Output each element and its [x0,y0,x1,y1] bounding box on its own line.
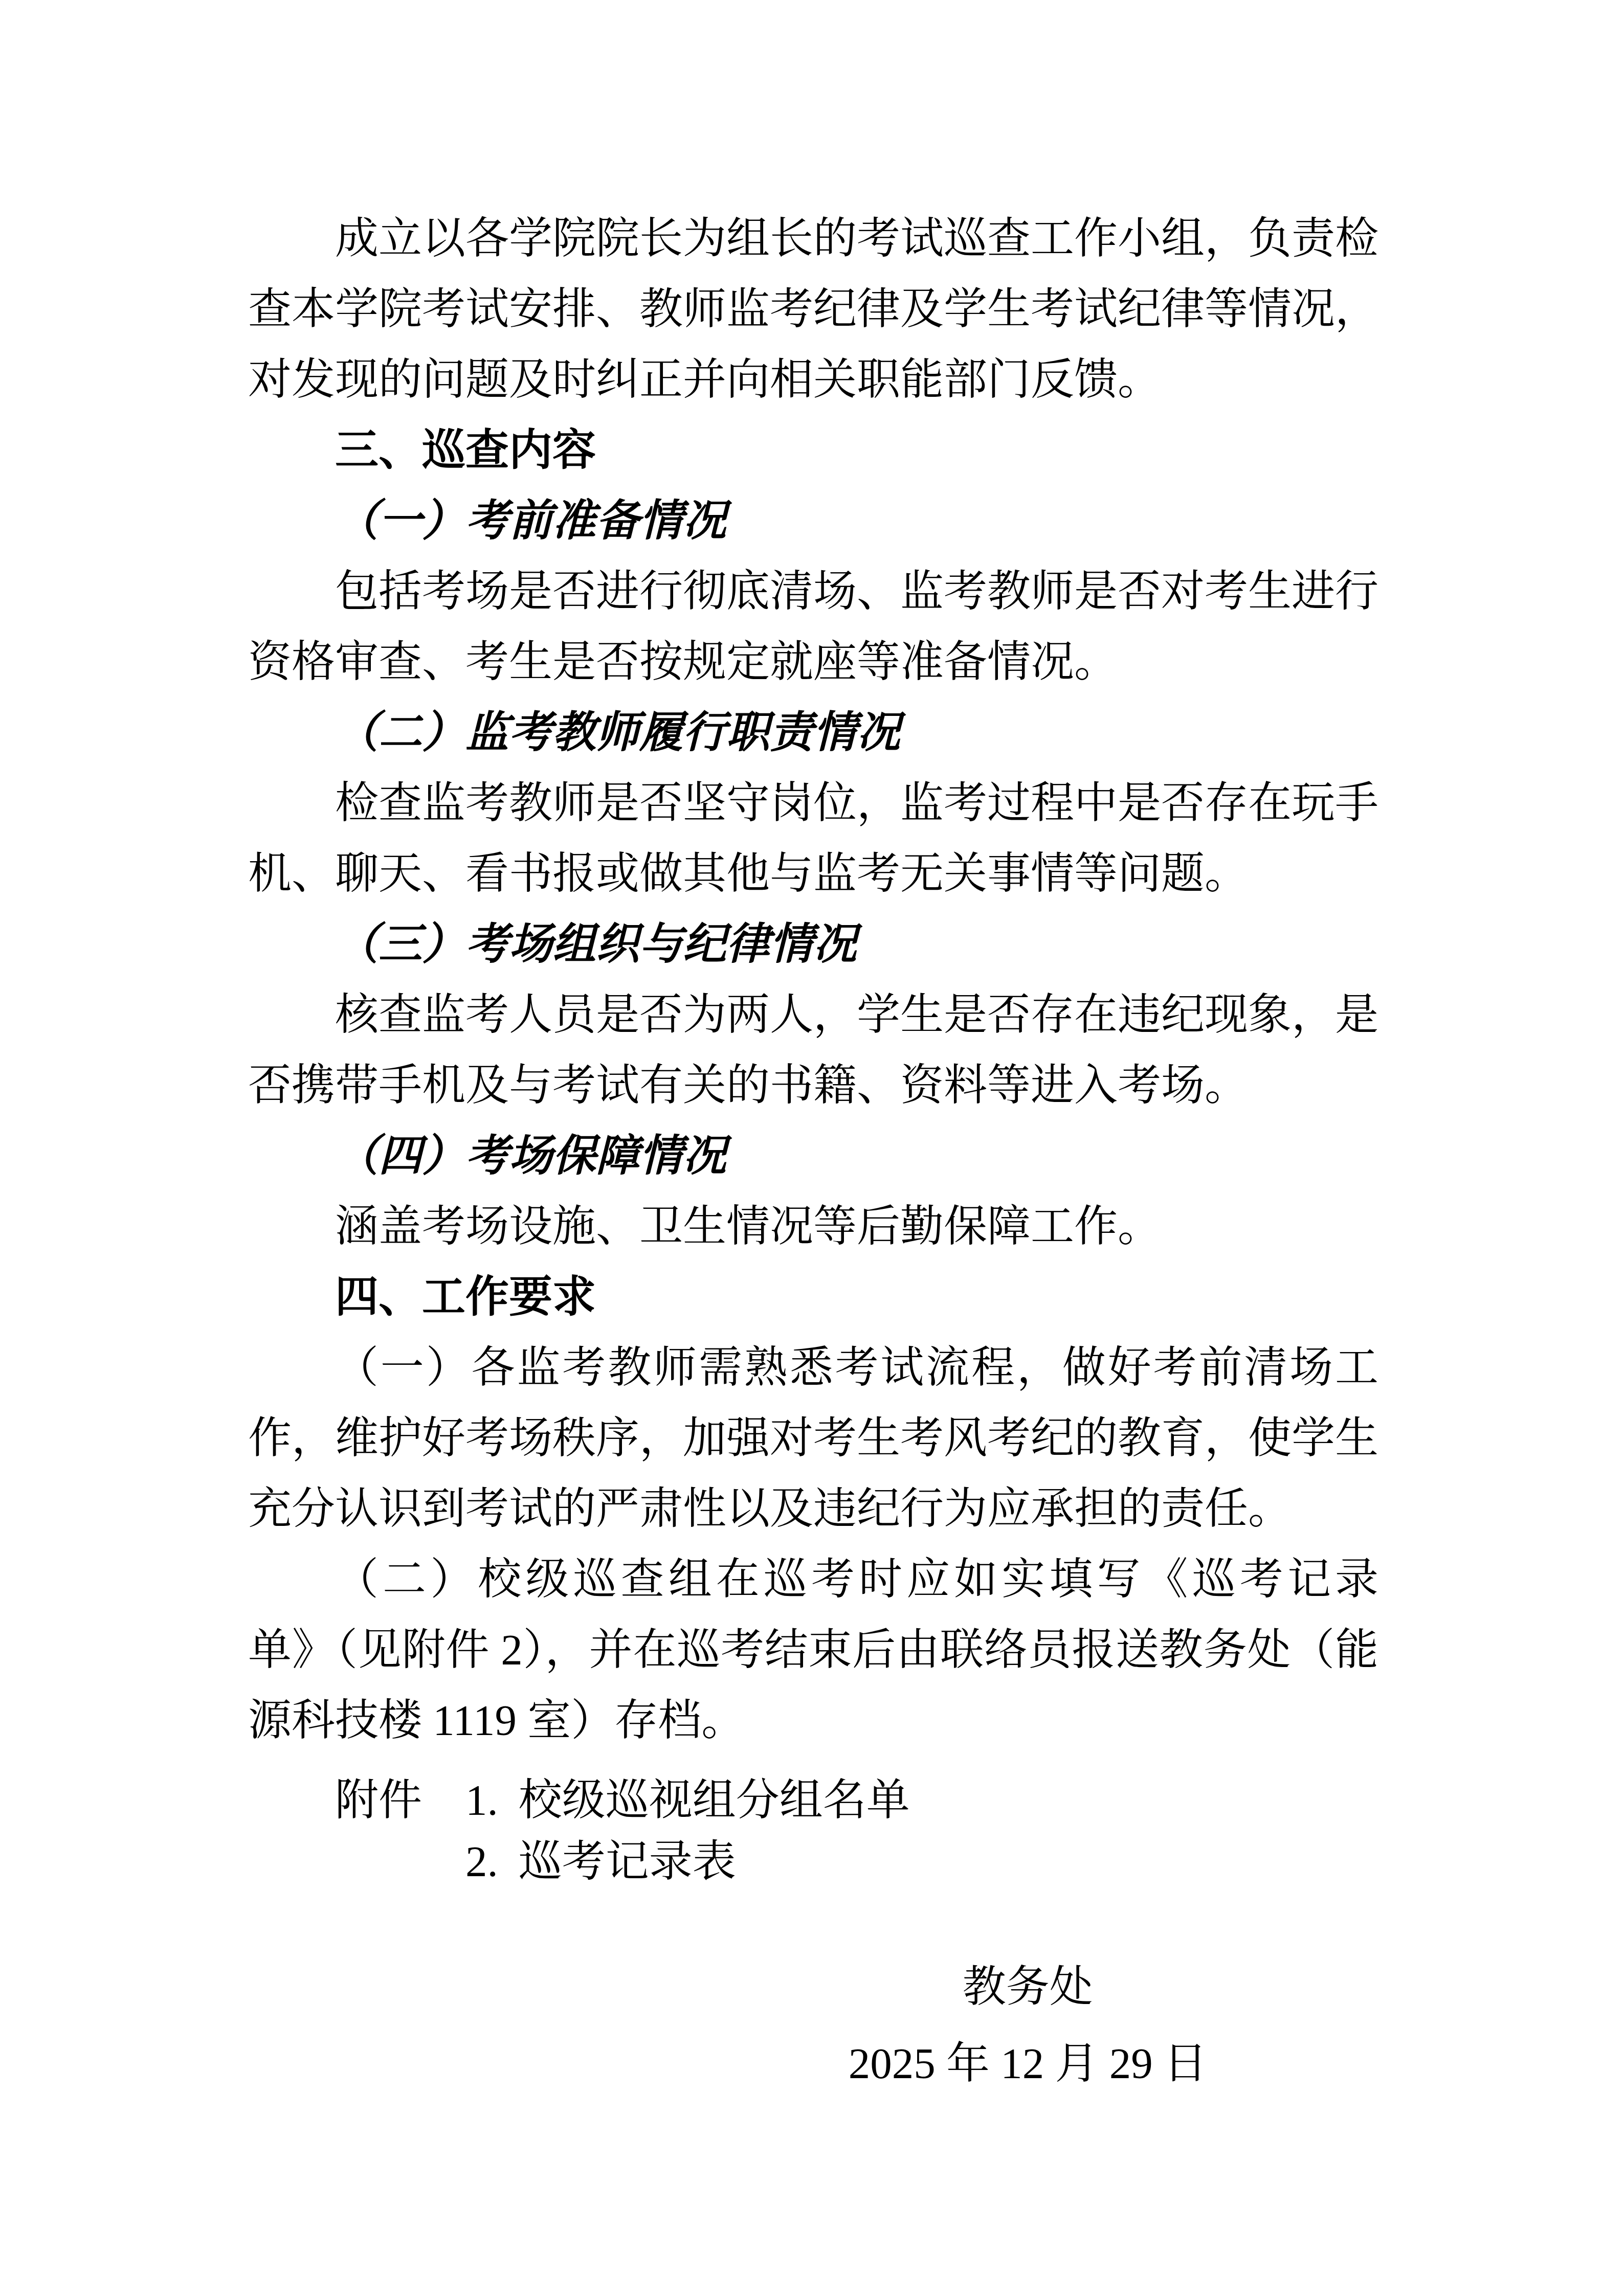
attachment-1-number: 1. [465,1776,498,1825]
sub-heading-3-1: （一）考前准备情况 [248,486,1378,556]
signature-block: 教务处 2025 年 12 月 29 日 [849,1949,1207,2102]
paragraph-3-1-body: 包括考场是否进行彻底清场、监考教师是否对考生进行资格审查、考生是否按规定就座等准… [248,556,1378,697]
section-heading-3: 三、巡查内容 [248,415,1378,486]
attachment-1-title: 校级巡视组分组名单 [519,1776,910,1825]
section-heading-4: 四、工作要求 [248,1262,1378,1333]
paragraph-inspection-team: 成立以各学院院长为组长的考试巡查工作小组，负责检查本学院考试安排、教师监考纪律及… [248,204,1378,415]
attachment-2-number: 2. [465,1838,498,1886]
attachments-list: 附件1.校级巡视组分组名单 2.巡考记录表 [248,1770,1378,1893]
sub-heading-3-4: （四）考场保障情况 [248,1121,1378,1191]
signature-date: 2025 年 12 月 29 日 [849,2025,1207,2102]
paragraph-4-1: （一）各监考教师需熟悉考试流程，做好考前清场工作，维护好考场秩序，加强对考生考风… [248,1333,1378,1544]
paragraph-4-2: （二）校级巡查组在巡考时应如实填写《巡考记录单》（见附件 2），并在巡考结束后由… [248,1544,1378,1756]
attachments-label: 附件 [335,1776,422,1825]
sub-heading-3-3: （三）考场组织与纪律情况 [248,909,1378,980]
attachment-2-title: 巡考记录表 [519,1838,736,1886]
paragraph-3-3-body: 核查监考人员是否为两人，学生是否存在违纪现象，是否携带手机及与考试有关的书籍、资… [248,980,1378,1121]
signature-org: 教务处 [849,1949,1207,2025]
paragraph-3-2-body: 检查监考教师是否坚守岗位，监考过程中是否存在玩手机、聊天、看书报或做其他与监考无… [248,768,1378,909]
attachment-item-1: 附件1.校级巡视组分组名单 [248,1770,1378,1831]
attachment-item-2: 2.巡考记录表 [248,1831,1378,1893]
paragraph-3-4-body: 涵盖考场设施、卫生情况等后勤保障工作。 [248,1191,1378,1262]
document-page: 成立以各学院院长为组长的考试巡查工作小组，负责检查本学院考试安排、教师监考纪律及… [0,0,1624,2296]
sub-heading-3-2: （二）监考教师履行职责情况 [248,697,1378,768]
